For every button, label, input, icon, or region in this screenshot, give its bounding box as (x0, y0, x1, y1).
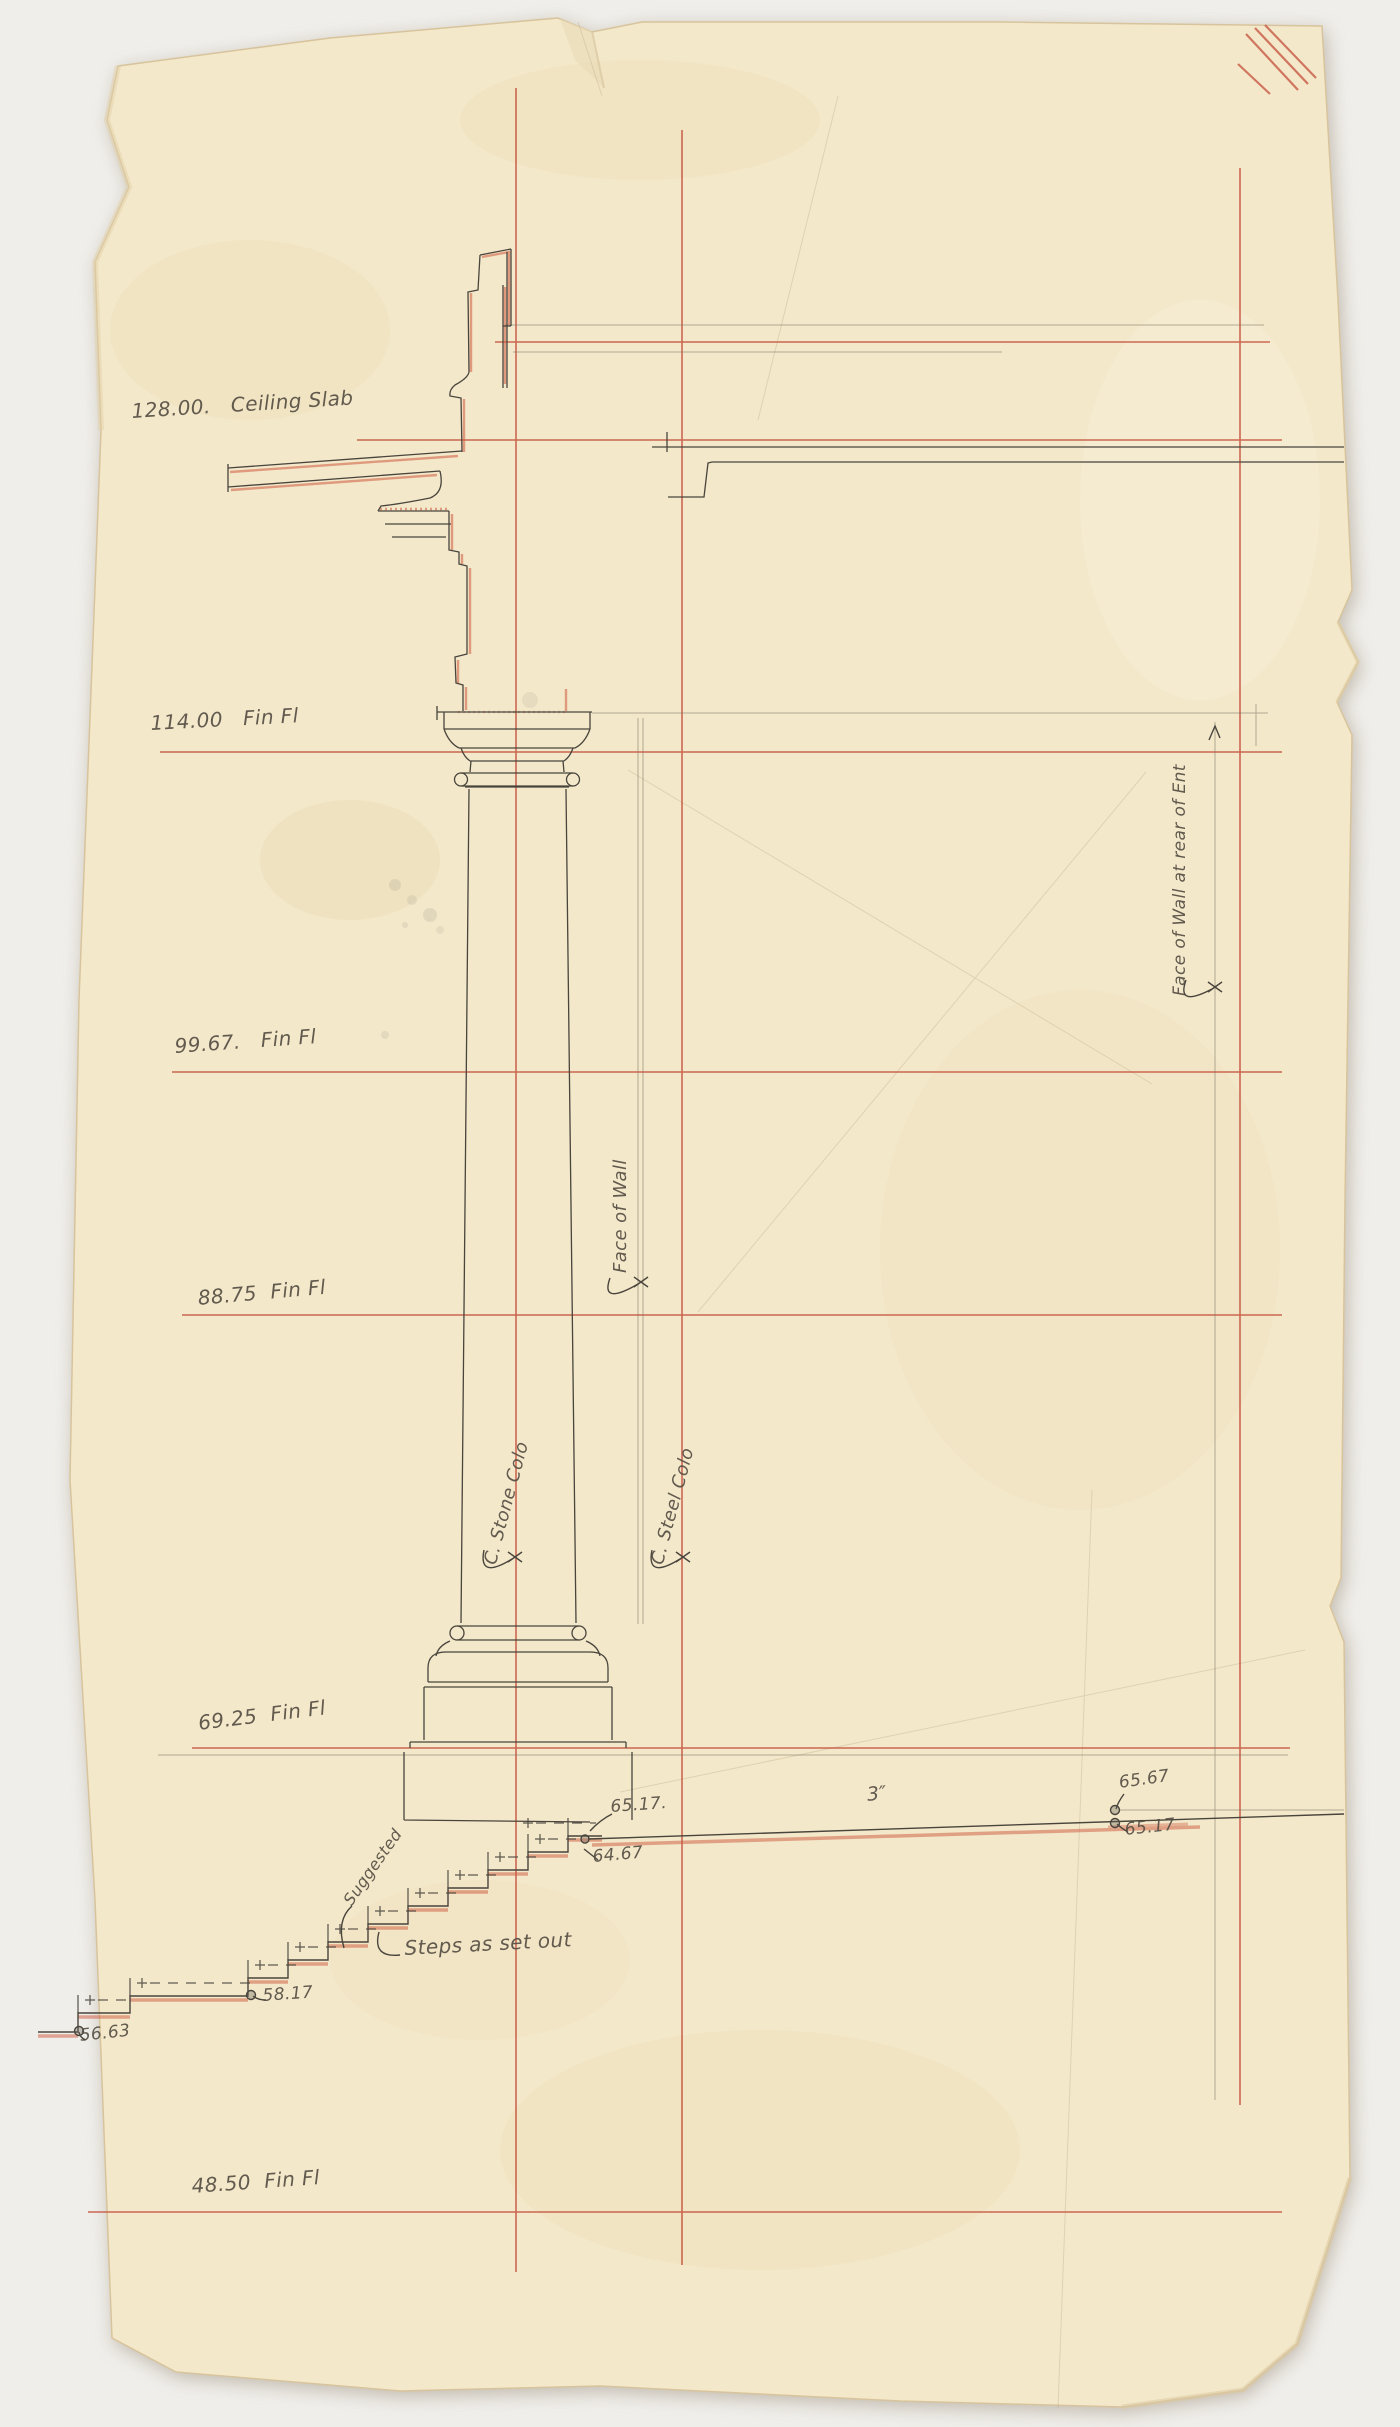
spot-level-6467: 64.67 (592, 1845, 644, 1866)
drawing-linework (0, 0, 1400, 2427)
annotation-face-of-wall-rear: Face of Wall at rear of Ent (1172, 764, 1189, 996)
dimension-3-inch: 3″ (866, 1784, 888, 1805)
annotation-face-of-wall: Face of Wall (612, 1159, 630, 1273)
paper (70, 18, 1358, 2408)
spot-level-5817: 58.17 (262, 1984, 314, 2004)
drawing-sheet: 128.00. Ceiling Slab 114.00 Fin Fl 99.67… (0, 0, 1400, 2427)
spot-level-6517-left: 65.17. (610, 1795, 668, 1816)
